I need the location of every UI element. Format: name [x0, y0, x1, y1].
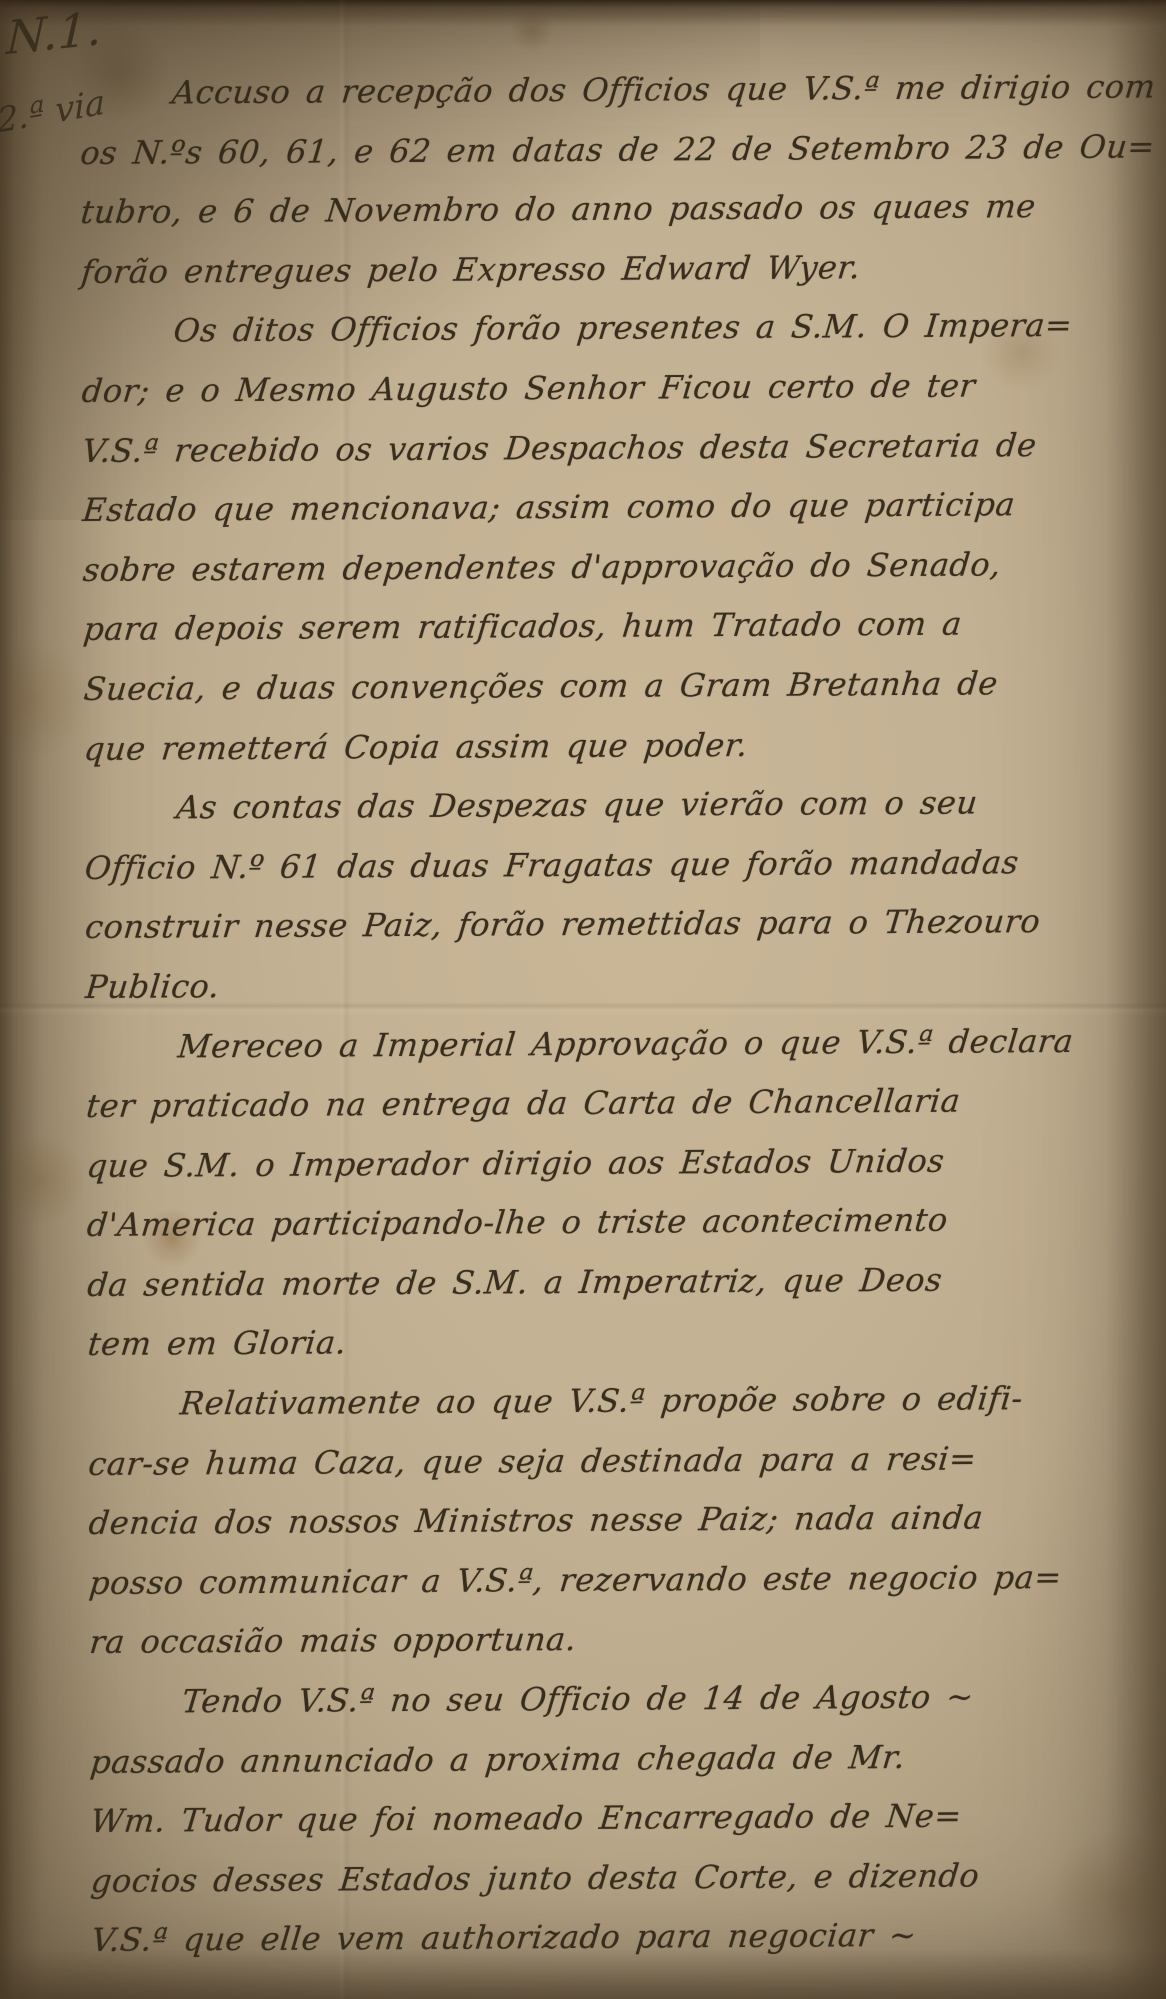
manuscript-line: car-se huma Caza, que seja destinada par… [86, 1428, 1132, 1494]
manuscript-line: tubro, e 6 de Novembro do anno passado o… [78, 177, 1124, 243]
manuscript-text: Accuso a recepção dos Officios que V.S.ª… [80, 58, 1132, 1971]
manuscript-line: Mereceo a Imperial Approvação o que V.S.… [83, 1011, 1129, 1077]
manuscript-line: que remetterá Copia assim que poder. [81, 713, 1127, 779]
manuscript-line: construir nesse Paiz, forão remettidas p… [82, 892, 1128, 958]
manuscript-line: Suecia, e duas convenções com a Gram Bre… [81, 654, 1127, 720]
manuscript-line: para depois serem ratificados, hum Trata… [81, 594, 1127, 660]
manuscript-line: que S.M. o Imperador dirigio aos Estados… [84, 1130, 1130, 1196]
manuscript-line: os N.ºs 60, 61, e 62 em datas de 22 de S… [78, 117, 1124, 183]
manuscript-line: ter praticado na entrega da Carta de Cha… [83, 1071, 1129, 1137]
paper-edge-top [0, 0, 1166, 26]
manuscript-line: V.S.ª recebido os varios Despachos desta… [79, 415, 1125, 481]
manuscript-line: Accuso a recepção dos Officios que V.S.ª… [77, 58, 1123, 124]
manuscript-line: dor; e o Mesmo Augusto Senhor Ficou cert… [79, 356, 1125, 422]
manuscript-line: As contas das Despezas que vierão com o … [82, 773, 1128, 839]
manuscript-line: da sentida morte de S.M. a Imperatriz, q… [85, 1249, 1131, 1315]
manuscript-line: dencia dos nossos Ministros nesse Paiz; … [86, 1488, 1132, 1554]
manuscript-line: passado annunciado a proxima chegada de … [87, 1726, 1133, 1792]
manuscript-line: posso communicar a V.S.ª, rezervando est… [86, 1547, 1132, 1613]
manuscript-line: sobre estarem dependentes d'approvação d… [80, 534, 1126, 600]
manuscript-line: Officio N.º 61 das duas Fragatas que for… [82, 832, 1128, 898]
manuscript-line: V.S.ª que elle vem authorizado para nego… [89, 1905, 1135, 1971]
manuscript-line: Tendo V.S.ª no seu Officio de 14 de Agos… [87, 1667, 1133, 1733]
manuscript-page: N.1. 2.ª via Accuso a recepção dos Offic… [0, 0, 1166, 1999]
manuscript-line: Estado que mencionava; assim como do que… [80, 475, 1126, 541]
manuscript-line: Wm. Tudor que foi nomeado Encarregado de… [88, 1786, 1134, 1852]
manuscript-line: gocios desses Estados junto desta Corte,… [88, 1845, 1134, 1911]
manuscript-line: tem em Gloria. [85, 1309, 1131, 1375]
manuscript-line: Os ditos Officios forão presentes a S.M.… [79, 296, 1125, 362]
manuscript-line: Publico. [83, 952, 1129, 1018]
manuscript-line: Relativamente ao que V.S.ª propõe sobre … [85, 1369, 1131, 1435]
manuscript-line: ra occasião mais opportuna. [87, 1607, 1133, 1673]
manuscript-line: d'America participando-lhe o triste acon… [84, 1190, 1130, 1256]
margin-annotation-number: N.1. [5, 1, 102, 66]
manuscript-line: forão entregues pelo Expresso Edward Wye… [78, 236, 1124, 302]
